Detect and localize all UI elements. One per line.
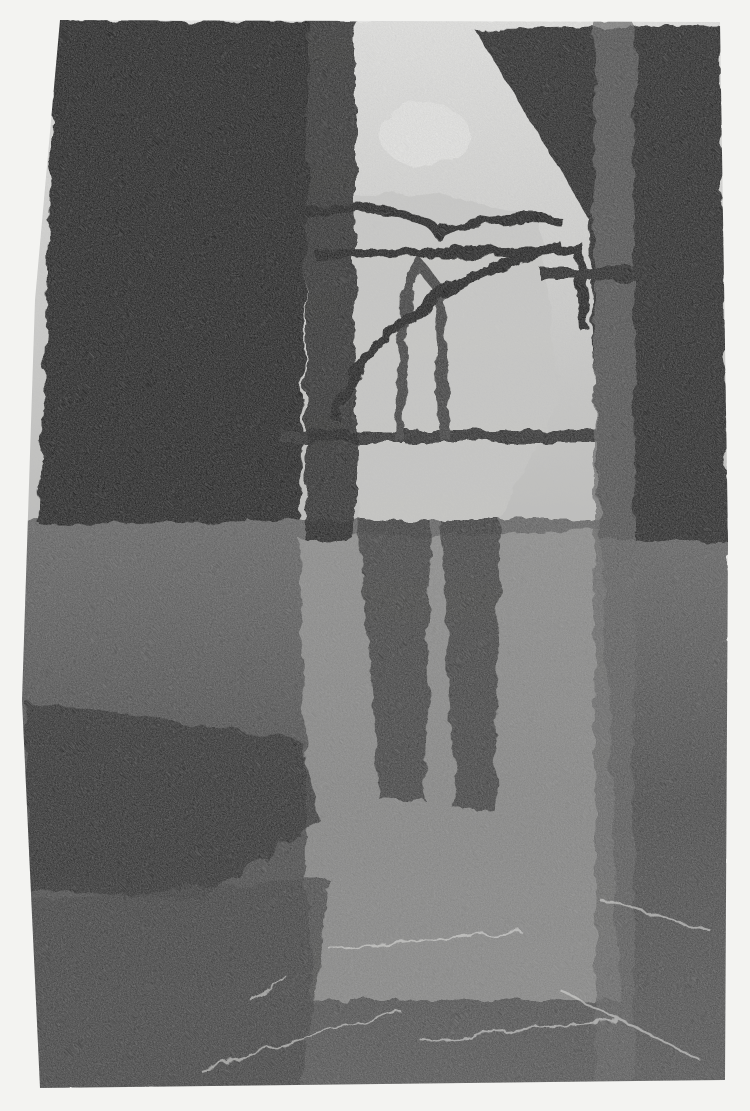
photographic-print [0,0,750,1111]
